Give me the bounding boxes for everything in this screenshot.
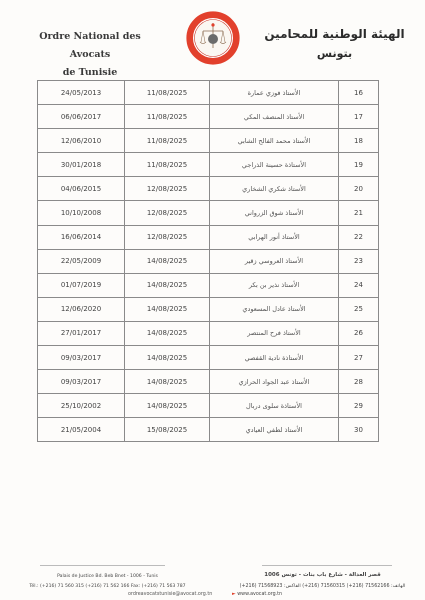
table-row: 01/07/201914/08/2025الأستاذ نذير بن بكر2… <box>38 273 379 297</box>
table-row: 09/03/201714/08/2025الأستاذ عبد الجواد ا… <box>38 370 379 394</box>
table-row: 06/06/201711/08/2025الأستاذ المنصف المكي… <box>38 105 379 129</box>
name-cell: الأستاذ عبد الجواد الحرازي <box>210 370 339 394</box>
header-french-line1: Ordre National des Avocats <box>20 28 160 64</box>
header-french: Ordre National des Avocats de Tunisie <box>20 28 160 82</box>
date-2-cell: 14/08/2025 <box>125 297 210 321</box>
footer-divider-left <box>40 565 165 566</box>
header-arabic: الهيئة الوطنية للمحامين بتونس <box>262 24 407 64</box>
date-1-cell: 16/06/2014 <box>38 225 125 249</box>
date-1-cell: 01/07/2019 <box>38 273 125 297</box>
footer-arabic-phones: الهاتف: 71562166 (216+) 71560315 (216+) … <box>225 581 420 592</box>
lawyers-table-body: 24/05/201311/08/2025الأستاذ فوزي عمارة16… <box>38 81 379 442</box>
table-row: 22/05/200914/08/2025الأستاذ العروسي زقير… <box>38 249 379 273</box>
date-1-cell: 21/05/2004 <box>38 418 125 442</box>
number-cell: 27 <box>339 346 379 370</box>
date-2-cell: 12/08/2025 <box>125 201 210 225</box>
table-row: 24/05/201311/08/2025الأستاذ فوزي عمارة16 <box>38 81 379 105</box>
number-cell: 28 <box>339 370 379 394</box>
number-cell: 30 <box>339 418 379 442</box>
number-cell: 24 <box>339 273 379 297</box>
number-cell: 16 <box>339 81 379 105</box>
date-1-cell: 06/06/2017 <box>38 105 125 129</box>
number-cell: 22 <box>339 225 379 249</box>
number-cell: 21 <box>339 201 379 225</box>
footer-website-link[interactable]: www.avocat.org.tn <box>237 592 282 597</box>
table-row: 10/10/200812/08/2025الأستاذ شوق الزرواني… <box>38 201 379 225</box>
number-cell: 23 <box>339 249 379 273</box>
number-cell: 25 <box>339 297 379 321</box>
name-cell: الأستاذة نادية القفصي <box>210 346 339 370</box>
table-row: 21/05/200415/08/2025الأستاذ لطفي العيادي… <box>38 418 379 442</box>
table-row: 16/06/201412/08/2025الأستاذ أنور الهرابي… <box>38 225 379 249</box>
date-2-cell: 14/08/2025 <box>125 394 210 418</box>
table-row: 04/06/201512/08/2025الأستاذ شكري الشخاري… <box>38 177 379 201</box>
number-cell: 26 <box>339 321 379 345</box>
table-row: 25/10/200214/08/2025الأستاذة سلوى دربال2… <box>38 394 379 418</box>
table-row: 12/06/201011/08/2025الأستاذ محمد الفالح … <box>38 129 379 153</box>
footer-french: Palais de Justice Bd. Beb Bnet - 1006 - … <box>10 572 205 592</box>
table-row: 27/01/201714/08/2025الأستاذ فرح المنتصر2… <box>38 321 379 345</box>
footer-arabic-address: قصر العدالة - شارع باب بنات - تونس 1006 <box>225 570 420 581</box>
footer-divider-right <box>262 565 392 566</box>
name-cell: الأستاذ شوق الزرواني <box>210 201 339 225</box>
name-cell: الأستاذ لطفي العيادي <box>210 418 339 442</box>
table-row: 09/03/201714/08/2025الأستاذة نادية القفص… <box>38 346 379 370</box>
date-2-cell: 14/08/2025 <box>125 321 210 345</box>
number-cell: 29 <box>339 394 379 418</box>
table-row: 30/01/201811/08/2025الأستاذة حسينة الذرا… <box>38 153 379 177</box>
date-2-cell: 12/08/2025 <box>125 225 210 249</box>
name-cell: الأستاذ أنور الهرابي <box>210 225 339 249</box>
number-cell: 19 <box>339 153 379 177</box>
date-2-cell: 14/08/2025 <box>125 370 210 394</box>
date-1-cell: 30/01/2018 <box>38 153 125 177</box>
date-2-cell: 14/08/2025 <box>125 273 210 297</box>
date-1-cell: 22/05/2009 <box>38 249 125 273</box>
date-2-cell: 11/08/2025 <box>125 153 210 177</box>
footer-french-phones: Tél.: (+216) 71 560 315 (+216) 71 562 16… <box>10 582 205 592</box>
number-cell: 18 <box>339 129 379 153</box>
date-2-cell: 11/08/2025 <box>125 129 210 153</box>
name-cell: الأستاذ محمد الفالح الشابي <box>210 129 339 153</box>
date-2-cell: 12/08/2025 <box>125 177 210 201</box>
date-1-cell: 09/03/2017 <box>38 346 125 370</box>
date-2-cell: 14/08/2025 <box>125 249 210 273</box>
date-1-cell: 24/05/2013 <box>38 81 125 105</box>
footer-email-link[interactable]: ordreavocatstunisie@avocat.org.tn <box>128 592 212 597</box>
date-1-cell: 04/06/2015 <box>38 177 125 201</box>
footer-website[interactable]: ► www.avocat.org.tn <box>232 592 282 597</box>
date-2-cell: 11/08/2025 <box>125 81 210 105</box>
name-cell: الأستاذة سلوى دربال <box>210 394 339 418</box>
name-cell: الأستاذ شكري الشخاري <box>210 177 339 201</box>
bar-association-emblem-icon: II <box>185 10 241 66</box>
header-arabic-line1: الهيئة الوطنية للمحامين <box>262 24 407 44</box>
header-arabic-line2: بتونس <box>262 44 407 64</box>
date-1-cell: 10/10/2008 <box>38 201 125 225</box>
date-1-cell: 27/01/2017 <box>38 321 125 345</box>
date-2-cell: 15/08/2025 <box>125 418 210 442</box>
arrow-right-icon: ► <box>232 592 236 597</box>
name-cell: الأستاذ عادل المسعودي <box>210 297 339 321</box>
name-cell: الأستاذ نذير بن بكر <box>210 273 339 297</box>
table-row: 12/06/202014/08/2025الأستاذ عادل المسعود… <box>38 297 379 321</box>
name-cell: الأستاذ العروسي زقير <box>210 249 339 273</box>
date-1-cell: 09/03/2017 <box>38 370 125 394</box>
lawyers-table: 24/05/201311/08/2025الأستاذ فوزي عمارة16… <box>37 80 379 442</box>
name-cell: الأستاذ المنصف المكي <box>210 105 339 129</box>
date-1-cell: 12/06/2010 <box>38 129 125 153</box>
number-cell: 20 <box>339 177 379 201</box>
date-2-cell: 11/08/2025 <box>125 105 210 129</box>
name-cell: الأستاذة حسينة الذراجي <box>210 153 339 177</box>
svg-text:II: II <box>212 53 214 57</box>
name-cell: الأستاذ فرح المنتصر <box>210 321 339 345</box>
footer-french-address: Palais de Justice Bd. Beb Bnet - 1006 - … <box>10 572 205 582</box>
date-2-cell: 14/08/2025 <box>125 346 210 370</box>
date-1-cell: 12/06/2020 <box>38 297 125 321</box>
name-cell: الأستاذ فوزي عمارة <box>210 81 339 105</box>
footer-arabic: قصر العدالة - شارع باب بنات - تونس 1006 … <box>225 570 420 592</box>
date-1-cell: 25/10/2002 <box>38 394 125 418</box>
number-cell: 17 <box>339 105 379 129</box>
